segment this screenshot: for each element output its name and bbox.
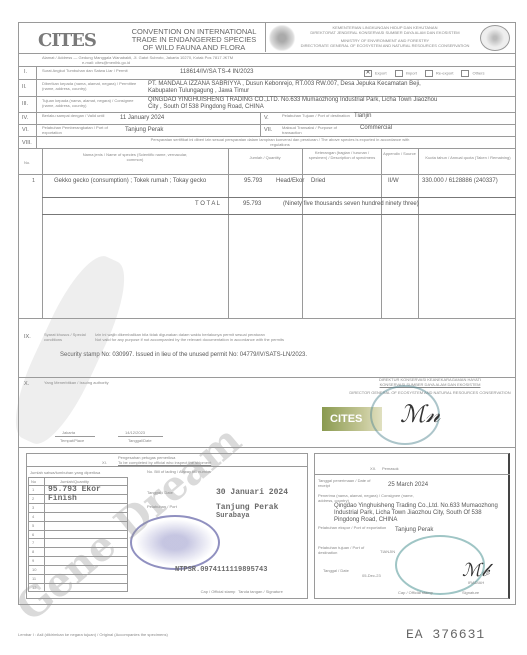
inspected-row-no: 4: [32, 514, 34, 519]
col-header-description: Keterangan (bagian / turunan / spesimen)…: [306, 150, 378, 160]
special-conditions-label: Syarat khusus / Special conditions: [44, 332, 92, 342]
authority-block: DIREKTUR KONSERVASI KEANEKARAGAMAN HAYAT…: [345, 377, 515, 395]
garuda-emblem: [268, 25, 296, 51]
divider: [18, 66, 516, 67]
divider: [28, 556, 128, 557]
inspected-row-no: 12: [32, 585, 36, 590]
purpose-label: Maksud Transaksi / Purpose of transactio…: [282, 125, 352, 135]
receipt-date-value: 25 March 2024: [388, 482, 428, 489]
inspected-row-no: 11: [32, 576, 36, 581]
valid-until-value: 11 January 2024: [120, 115, 164, 122]
issue-place: Jakarta: [62, 430, 75, 435]
footer-note: Lembar I : Asli (dikirimkan ke negara tu…: [18, 632, 318, 637]
divider: [18, 174, 516, 175]
permit-number: 118614/IV/SA TS-4 IN/2023: [180, 69, 254, 76]
cites-logo-text: CITES: [38, 30, 96, 51]
signature: ℳ𝓃: [400, 400, 440, 428]
permit-no-label: Surat Angkut Tumbuhan dan Satwa Liar / P…: [42, 68, 142, 73]
receipt-port-export-label: Pelabuhan ekspor / Port of exportation: [318, 525, 388, 530]
permit-type-export: ✕Export: [364, 70, 387, 77]
checkbox-import: [395, 70, 403, 77]
inspected-row-no: 5: [32, 523, 34, 528]
divider: [28, 547, 128, 548]
special-conditions-line-2: Not valid for any purpose if not accompa…: [95, 337, 515, 342]
inspection-date-label: Tanggal / Date: [147, 490, 177, 495]
consignee-value: QINGDAO YINGHUISHENG TRADING CO.,LTD. No…: [148, 97, 448, 111]
consignee-label: Tujuan kepada (nama, alamat, negara) / C…: [42, 98, 142, 108]
receipt-port-export-value: Tanjung Perak: [395, 527, 433, 534]
purpose-value: Commercial: [360, 125, 392, 132]
issue-date: 14/12/2023: [125, 430, 145, 435]
inspected-row-value: Finish: [48, 494, 77, 503]
divider: [18, 148, 516, 149]
bill-number: NTPSR.0974111119895743: [175, 566, 267, 574]
bill-of-lading-label: No. Bill of lading / Airway bill number: [147, 469, 237, 474]
checkbox-export: ✕: [364, 70, 372, 77]
convention-title: CONVENTION ON INTERNATIONAL TRADE IN END…: [114, 28, 274, 52]
col-header-quantity: Jumlah / Quantity: [232, 155, 298, 160]
col-header-quota: Kuota tahun / Annual quota (Taken / Rema…: [424, 155, 512, 160]
inspection-date-value: 30 Januari 2024: [216, 488, 288, 497]
species-unit: Head/Ekor: [276, 178, 304, 185]
serial-number: EA 376631: [406, 627, 485, 642]
col-header-no: No.: [24, 160, 30, 165]
divider: [18, 318, 516, 319]
divider: [28, 565, 128, 566]
inspected-row-no: 6: [32, 532, 34, 537]
inspected-row-no: 7: [32, 540, 34, 545]
divider: [314, 474, 510, 475]
divider: [28, 503, 128, 504]
inspection-port-label: Pelabuhan / Port: [147, 504, 177, 509]
divider: [28, 494, 128, 495]
port-export-value: Tanjung Perak: [125, 127, 163, 134]
species-name: Gekko gecko (consumption) ; Tokek rumah …: [54, 178, 214, 185]
receipt-date-label: Tanggal penerimaan / Date of receipt: [318, 478, 378, 488]
divider: [28, 521, 128, 522]
col-header-species: Nama jenis / Name of species (Scientific…: [80, 152, 190, 162]
receipt-port-dest-value: TIANJIN: [380, 549, 395, 554]
divider: [26, 466, 308, 467]
security-stamp-remark: Security stamp No: 030997. Issued in lie…: [60, 352, 480, 359]
divider: [265, 22, 266, 52]
inspected-row-no: 1: [32, 487, 34, 492]
total-value: 95.793: [243, 201, 261, 208]
receipt-port-dest-label: Pelabuhan tujuan / Port of destination: [318, 545, 368, 555]
divider: [18, 79, 516, 80]
table-row: 1 Gekko gecko (consumption) ; Tokek ruma…: [18, 176, 516, 196]
divider: [28, 574, 128, 575]
address-line: Alamat / Address — Gedung Manggala Wanab…: [42, 55, 442, 65]
receipt-signed-date-label: Tanggal / Date: [323, 568, 353, 573]
permit-type-reexport: Re-export: [425, 70, 454, 77]
signature-label: Tanda tangan / Signature: [238, 589, 283, 594]
permit-type-import: Import: [395, 70, 417, 77]
inspected-row-no: 2: [32, 496, 34, 501]
official-stamp-label: Cap / Official stamp: [198, 589, 238, 594]
permittee-label: Diberikan kepada (nama, alamat, negara) …: [42, 81, 142, 91]
permit-type-checkboxes: ✕Export Import Re-export Others: [364, 70, 514, 77]
col-header-appendix: Appendix / Source: [383, 151, 416, 156]
receipt-consignee-label: Penerima (nama, alamat, negara) / Consig…: [318, 493, 418, 503]
divider: [118, 436, 163, 437]
divider: [18, 53, 516, 54]
divider: [18, 447, 516, 448]
port-destination-value: Tianjin: [354, 113, 371, 120]
ministry-seal: [480, 25, 510, 51]
conditions-text: Persyaratan sertifikat ini diberi izin s…: [150, 137, 410, 147]
inspection-port-city: Surabaya: [216, 512, 250, 520]
inspected-row-no: 8: [32, 549, 34, 554]
inspected-row-no: 9: [32, 558, 34, 563]
divider: [55, 436, 95, 437]
permittee-value: PT. MANDALA IZZANA SABRIYYA , Dusun Kebo…: [148, 81, 448, 95]
inspected-qty-header: Jumlah satwa/tumbuhan yang diperiksa: [30, 470, 130, 475]
divider: [28, 530, 128, 531]
divider: [28, 583, 128, 584]
total-label: T O T A L: [195, 201, 220, 208]
issuing-authority-label: Yang Menerbitkan / Issuing authority: [44, 380, 114, 385]
valid-until-label: Berlaku sampai dengan / Valid until: [42, 113, 112, 118]
ministry-text: KEMENTERIAN LINGKUNGAN HIDUP DAN KEHUTAN…: [300, 25, 470, 48]
divider: [42, 197, 516, 198]
total-words: (Ninety five thousands seven hundred nin…: [283, 201, 419, 208]
signer-name: IRADIAH: [468, 580, 484, 585]
divider: [28, 512, 128, 513]
checkbox-reexport: [425, 70, 433, 77]
port-export-label: Pelabuhan Pemberangkatan / Port of expor…: [42, 125, 112, 135]
divider: [28, 538, 128, 539]
inspected-row-no: 10: [32, 567, 36, 572]
species-quota: 330.000 / 6128886 (240337): [422, 178, 522, 185]
species-quantity: 95.793: [244, 178, 262, 185]
species-description: Dried: [311, 178, 325, 185]
receipt-consignee-value: Qingdao Yinghuisheng Trading Co.,Ltd. No…: [334, 503, 504, 524]
divider: [42, 214, 516, 215]
checkbox-others: [461, 70, 469, 77]
permit-type-others: Others: [461, 70, 484, 77]
species-appendix: II/W: [388, 178, 399, 185]
receipt-signed-date-value: 05-Dec-23: [362, 573, 381, 578]
cites-logo: CITES: [38, 30, 88, 54]
inspection-port-value: Tanjung Perak: [216, 503, 278, 512]
inspected-row-no: 3: [32, 505, 34, 510]
receipt-signature: ℳ𝒷: [462, 560, 489, 581]
title-line-3: OF WILD FAUNA AND FLORA: [114, 44, 274, 52]
quarantine-stamp: [130, 515, 220, 570]
inspection-title: Pengesahan petugas pemeriksa To be compl…: [118, 455, 288, 465]
inspected-row-value: 95.793 Ekor: [48, 485, 101, 494]
port-destination-label: Pelabuhan Tujuan / Port of destination: [282, 113, 352, 118]
